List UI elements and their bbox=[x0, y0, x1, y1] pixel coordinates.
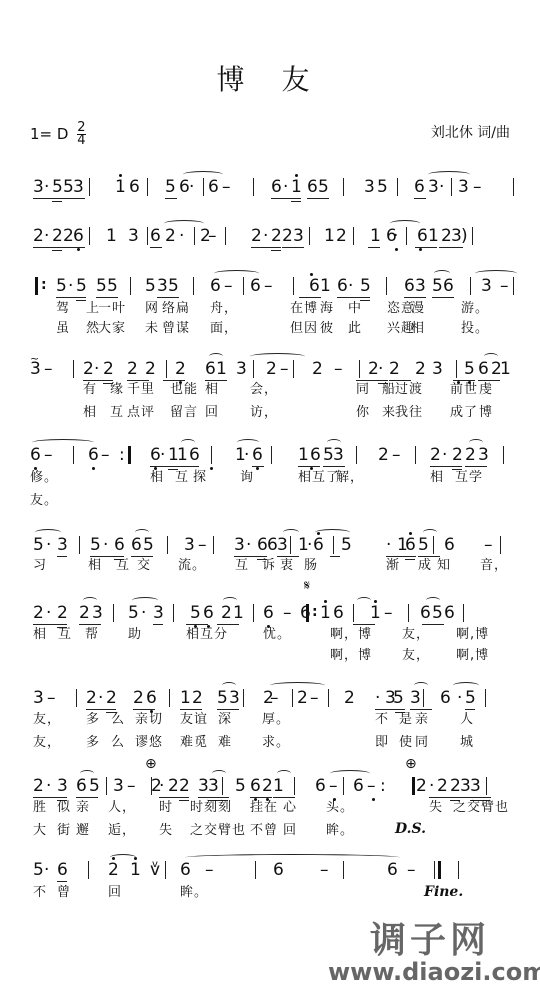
barline bbox=[203, 178, 204, 196]
note: 6 bbox=[443, 276, 454, 296]
key-label: 1= D bbox=[30, 125, 68, 143]
lyric: 学 bbox=[469, 470, 483, 486]
barline bbox=[456, 360, 457, 378]
lyric: 留言 bbox=[170, 405, 198, 421]
repeat-start bbox=[35, 277, 38, 295]
note: – bbox=[473, 177, 482, 197]
note: 6 bbox=[414, 177, 425, 197]
note: 2 bbox=[83, 359, 94, 379]
note: 6 bbox=[307, 177, 318, 197]
time-signature: 2 4 bbox=[77, 122, 85, 147]
lyric: 互 bbox=[455, 470, 469, 486]
lyric: 同 bbox=[415, 735, 429, 751]
note: 2 bbox=[430, 445, 441, 465]
note: 1 bbox=[130, 860, 141, 880]
lyric: 难 bbox=[218, 735, 232, 751]
lyric: 虽 bbox=[56, 321, 70, 337]
slur bbox=[181, 439, 195, 446]
note: – bbox=[329, 776, 338, 796]
lyric: 街 bbox=[57, 823, 71, 839]
note: 3 bbox=[333, 445, 344, 465]
slur bbox=[484, 353, 498, 360]
barline bbox=[353, 227, 354, 245]
watermark-url: www.diaozi.com bbox=[328, 958, 540, 986]
lyric: 此 bbox=[348, 321, 362, 337]
slur bbox=[135, 529, 149, 536]
lyric: 亲切 bbox=[135, 712, 163, 728]
note: · bbox=[429, 776, 434, 796]
note: 2 bbox=[33, 603, 44, 623]
lyric: 漫 bbox=[411, 301, 425, 317]
lyric: 助 bbox=[128, 627, 142, 643]
note: · bbox=[457, 688, 462, 708]
lyric: 知 bbox=[437, 558, 451, 574]
note: 3 bbox=[157, 276, 168, 296]
note: 5 bbox=[464, 359, 475, 379]
repeat-end bbox=[412, 777, 415, 795]
note: 6 bbox=[250, 276, 261, 296]
lyric: 似 bbox=[57, 800, 71, 816]
note: 3 bbox=[458, 177, 469, 197]
lyric: 相 bbox=[88, 558, 102, 574]
lyric: 我往 bbox=[395, 405, 423, 421]
note: 6 bbox=[420, 603, 431, 623]
final-bar-thin bbox=[434, 861, 435, 879]
note: 6 bbox=[444, 603, 455, 623]
note: · bbox=[68, 276, 73, 296]
lyric: 来 bbox=[382, 405, 396, 421]
note: – bbox=[44, 359, 53, 379]
barline bbox=[309, 227, 310, 245]
barline bbox=[406, 227, 407, 245]
underline bbox=[157, 297, 179, 298]
underline bbox=[52, 198, 62, 199]
underline bbox=[452, 466, 462, 467]
underline bbox=[415, 247, 437, 248]
slur bbox=[390, 220, 420, 227]
note: · bbox=[307, 535, 312, 555]
author-credit: 刘北休 词/曲 bbox=[431, 122, 510, 142]
note: 6 bbox=[273, 860, 284, 880]
repeat-dots: : bbox=[312, 604, 318, 620]
note: 3 bbox=[57, 535, 68, 555]
lyric: 大家 bbox=[98, 321, 126, 337]
note: 2 bbox=[179, 776, 190, 796]
barline bbox=[147, 178, 148, 196]
underline bbox=[470, 797, 490, 798]
note: 2 bbox=[127, 359, 138, 379]
lyric: 分 bbox=[214, 627, 228, 643]
note: · bbox=[378, 359, 383, 379]
underline bbox=[450, 797, 460, 798]
note: 2 bbox=[79, 603, 90, 623]
barline bbox=[193, 277, 194, 295]
barline bbox=[169, 689, 170, 707]
note: 6 bbox=[417, 226, 428, 246]
slur bbox=[469, 439, 483, 446]
note: 6 bbox=[30, 445, 41, 465]
lyric: 忧。 bbox=[263, 627, 291, 643]
lyric: 音， bbox=[480, 558, 508, 574]
lyric: 不曾 bbox=[250, 823, 278, 839]
note: 5 bbox=[341, 535, 352, 555]
lyric: 渐 bbox=[386, 558, 400, 574]
lyric: 胜 bbox=[33, 800, 47, 816]
lyric: 未 bbox=[145, 321, 159, 337]
lyric: 城 bbox=[460, 735, 474, 751]
note: 3 bbox=[113, 776, 124, 796]
slur bbox=[434, 270, 450, 277]
note: 1 bbox=[291, 177, 302, 197]
note: 1 bbox=[233, 603, 244, 623]
barline bbox=[194, 227, 195, 245]
note: 2 bbox=[452, 445, 463, 465]
slur bbox=[185, 854, 400, 861]
watermark-cn: 调子网 bbox=[370, 912, 490, 963]
note: 1 bbox=[216, 359, 227, 379]
note: 2 bbox=[266, 359, 277, 379]
lyric: 探 bbox=[193, 470, 207, 486]
note: 6 bbox=[180, 860, 191, 880]
octave-dot-low bbox=[77, 248, 80, 251]
lyric: 啊,博 bbox=[456, 648, 489, 664]
note: 1 bbox=[320, 276, 331, 296]
lyric: 你 bbox=[356, 405, 370, 421]
note: 3 bbox=[364, 177, 375, 197]
lyric: 相 bbox=[205, 382, 219, 398]
note: 3 bbox=[236, 359, 247, 379]
lyric: 之交臂也 bbox=[453, 800, 509, 816]
barline bbox=[343, 777, 344, 795]
octave-dot-low bbox=[210, 467, 213, 470]
note: 3 bbox=[92, 603, 103, 623]
note: 1 bbox=[370, 603, 381, 623]
note: 5 bbox=[52, 177, 63, 197]
underline bbox=[63, 198, 85, 199]
note: 6 bbox=[88, 445, 99, 465]
underline bbox=[422, 624, 444, 625]
barline bbox=[253, 604, 254, 622]
underline bbox=[330, 556, 340, 557]
underline bbox=[179, 800, 189, 801]
note: · bbox=[375, 688, 380, 708]
barline bbox=[290, 536, 291, 554]
barline bbox=[255, 861, 256, 879]
note: 5 bbox=[107, 276, 118, 296]
lyric: 友， bbox=[402, 627, 430, 643]
barline bbox=[222, 777, 223, 795]
barline bbox=[500, 536, 501, 554]
repeat-dots: : bbox=[41, 277, 47, 293]
repeat-start bbox=[306, 604, 309, 622]
note: – bbox=[264, 276, 273, 296]
note: · bbox=[189, 177, 194, 197]
underline bbox=[217, 624, 239, 625]
note: 2 bbox=[86, 688, 97, 708]
note: 2 bbox=[344, 688, 355, 708]
underline bbox=[165, 198, 177, 199]
underline bbox=[52, 201, 62, 202]
slur bbox=[222, 682, 236, 689]
note: 6 bbox=[73, 226, 84, 246]
underline bbox=[57, 624, 67, 625]
note: 3 bbox=[478, 445, 489, 465]
lyric: 相 bbox=[150, 470, 164, 486]
lyric: 点评 bbox=[127, 405, 155, 421]
note: 2 bbox=[221, 603, 232, 623]
note: 6 bbox=[146, 688, 157, 708]
barline bbox=[451, 178, 452, 196]
barline bbox=[211, 446, 212, 464]
note: – bbox=[384, 603, 393, 623]
lyric: 不 bbox=[375, 712, 389, 728]
note: 1 bbox=[115, 177, 126, 197]
barline bbox=[503, 446, 504, 464]
lyric: 眸。 bbox=[180, 885, 208, 901]
underline bbox=[57, 881, 67, 882]
lyric: 使 bbox=[399, 735, 413, 751]
note: 2 bbox=[378, 445, 389, 465]
underline bbox=[404, 297, 426, 298]
lyric: 啊，博 bbox=[330, 627, 372, 643]
underline bbox=[252, 466, 264, 467]
underline bbox=[465, 466, 487, 467]
note: · bbox=[263, 226, 268, 246]
barline bbox=[225, 227, 226, 245]
barline bbox=[458, 861, 459, 879]
note: · bbox=[244, 445, 249, 465]
lyric: 会， bbox=[250, 382, 278, 398]
note: 6 bbox=[252, 445, 263, 465]
barline bbox=[423, 689, 424, 707]
note: 6 bbox=[150, 226, 161, 246]
final-bar bbox=[438, 861, 441, 879]
note: 5 bbox=[165, 177, 176, 197]
slur bbox=[209, 353, 223, 360]
note: – bbox=[310, 688, 319, 708]
underline bbox=[177, 466, 199, 467]
lyric: 缘 bbox=[110, 382, 124, 398]
octave-dot-high bbox=[310, 273, 313, 276]
barline bbox=[343, 861, 344, 879]
lyric: 中 bbox=[348, 301, 362, 317]
underline bbox=[150, 247, 162, 248]
note: 6 bbox=[404, 276, 415, 296]
lyric: 解， bbox=[336, 470, 364, 486]
lyric: 相 bbox=[411, 321, 425, 337]
barline bbox=[328, 689, 329, 707]
note: 5 bbox=[33, 860, 44, 880]
underline bbox=[307, 198, 329, 199]
lyric: 游。 bbox=[461, 301, 489, 317]
note: 2 bbox=[52, 226, 63, 246]
note: 2 bbox=[389, 359, 400, 379]
lyric: 多 bbox=[86, 712, 100, 728]
lyric: 舟， bbox=[210, 301, 238, 317]
barline bbox=[485, 689, 486, 707]
lyric: 时刻刻 bbox=[190, 800, 232, 816]
lyric: 成 bbox=[418, 558, 432, 574]
note: 5 bbox=[418, 535, 429, 555]
note: · bbox=[44, 860, 49, 880]
barline bbox=[513, 178, 514, 196]
barline bbox=[433, 536, 434, 554]
note: 2 bbox=[108, 860, 119, 880]
barline bbox=[333, 536, 334, 554]
underline bbox=[465, 709, 475, 710]
lyric: 厚。 bbox=[262, 712, 290, 728]
lyric: 互 bbox=[110, 405, 124, 421]
note: – bbox=[270, 688, 279, 708]
lyric: 成了 bbox=[450, 405, 478, 421]
note: · bbox=[393, 226, 398, 246]
lyric: 也能 bbox=[170, 382, 198, 398]
note: 3 bbox=[432, 359, 443, 379]
barline bbox=[130, 277, 131, 295]
lyric: 深 bbox=[218, 712, 232, 728]
note: 5 bbox=[217, 688, 228, 708]
note: 3 bbox=[410, 688, 421, 708]
barline bbox=[463, 604, 464, 622]
lyric: 谬悠 bbox=[135, 735, 163, 751]
barline bbox=[167, 536, 168, 554]
underline bbox=[323, 466, 345, 467]
note: 3 bbox=[234, 535, 245, 555]
underline bbox=[76, 797, 98, 798]
barline bbox=[89, 178, 90, 196]
key-signature: 1= D 2 4 bbox=[30, 122, 86, 147]
note: – bbox=[127, 776, 136, 796]
underline bbox=[163, 380, 185, 381]
note: 5 bbox=[145, 276, 156, 296]
note: 3 bbox=[57, 776, 68, 796]
note: 5 bbox=[432, 603, 443, 623]
lyric: 前世 bbox=[450, 382, 478, 398]
underline bbox=[133, 709, 155, 710]
barline bbox=[113, 604, 114, 622]
note: 3 bbox=[208, 776, 219, 796]
barline bbox=[165, 861, 166, 879]
note: 3 bbox=[293, 226, 304, 246]
note: 2 bbox=[312, 359, 323, 379]
lyric: 时 bbox=[159, 800, 173, 816]
lyric: 挂在 bbox=[250, 800, 278, 816]
lyric: 失 bbox=[429, 800, 443, 816]
underline bbox=[410, 709, 432, 710]
octave-dot-high bbox=[409, 532, 412, 535]
note: · bbox=[386, 535, 391, 555]
lyric: 络扁 bbox=[162, 301, 190, 317]
note: · bbox=[141, 603, 146, 623]
note: – bbox=[198, 535, 207, 555]
underline bbox=[389, 380, 411, 381]
lyric: 过渡 bbox=[395, 382, 423, 398]
note: 6 bbox=[313, 535, 324, 555]
lyric: 逅， bbox=[108, 823, 136, 839]
note: 2 bbox=[271, 226, 282, 246]
lyric: 相 bbox=[430, 470, 444, 486]
underline bbox=[378, 380, 388, 381]
note: 2 bbox=[106, 688, 117, 708]
note: – bbox=[484, 535, 493, 555]
lyric: 虔 bbox=[479, 382, 493, 398]
barline bbox=[359, 360, 360, 378]
note: 5 bbox=[143, 535, 154, 555]
octave-dot-high bbox=[374, 600, 377, 603]
lyric: 在博 bbox=[290, 301, 318, 317]
underline bbox=[52, 247, 62, 248]
repeat-end bbox=[128, 446, 131, 464]
barline bbox=[73, 446, 74, 464]
note: 3 bbox=[470, 776, 481, 796]
lyric: 不 bbox=[33, 885, 47, 901]
underline bbox=[52, 250, 62, 251]
lyric: 彼 bbox=[320, 321, 334, 337]
note: 5 bbox=[393, 688, 404, 708]
octave-dot-low bbox=[419, 248, 422, 251]
underline bbox=[217, 709, 239, 710]
underline bbox=[277, 556, 299, 557]
lyric: 交 bbox=[137, 558, 151, 574]
note: 6 bbox=[129, 177, 140, 197]
slur bbox=[453, 682, 479, 689]
note: – bbox=[280, 359, 289, 379]
lyric: 衷 bbox=[280, 558, 294, 574]
lyric: 大 bbox=[33, 823, 47, 839]
note: 2 bbox=[133, 688, 144, 708]
note: 6 bbox=[309, 276, 320, 296]
underline bbox=[153, 624, 163, 625]
note: 5 bbox=[96, 276, 107, 296]
slur bbox=[327, 439, 341, 446]
note: 2 bbox=[416, 776, 427, 796]
note: 2 bbox=[251, 226, 262, 246]
barline bbox=[106, 777, 107, 795]
note: 3 bbox=[428, 177, 439, 197]
lyric: 失 bbox=[159, 823, 173, 839]
octave-dot-low bbox=[256, 467, 259, 470]
slur bbox=[426, 597, 440, 604]
note: 6 bbox=[57, 860, 68, 880]
note: 1 bbox=[370, 226, 381, 246]
note: – bbox=[407, 860, 416, 880]
note: 5 bbox=[90, 535, 101, 555]
note: 2 bbox=[57, 603, 68, 623]
underline bbox=[114, 556, 124, 557]
lyric: 啊,博 bbox=[456, 627, 489, 643]
lyric: 千里 bbox=[127, 382, 155, 398]
note: 6 bbox=[337, 276, 348, 296]
slur bbox=[212, 770, 226, 777]
underline bbox=[271, 250, 281, 251]
note: 5 bbox=[465, 688, 476, 708]
barline bbox=[73, 360, 74, 378]
barline bbox=[253, 178, 254, 196]
note: · bbox=[442, 445, 447, 465]
underline bbox=[418, 556, 440, 557]
underline bbox=[106, 709, 116, 710]
barline bbox=[293, 277, 294, 295]
lyric: 之交臂也 bbox=[190, 823, 246, 839]
lyric: 亲 bbox=[76, 800, 90, 816]
underline bbox=[127, 380, 149, 381]
note: · bbox=[283, 177, 288, 197]
lyric: 相互 bbox=[298, 470, 326, 486]
note: · bbox=[94, 359, 99, 379]
slur bbox=[250, 353, 305, 360]
barline bbox=[408, 604, 409, 622]
lyric: 眸。 bbox=[326, 823, 354, 839]
